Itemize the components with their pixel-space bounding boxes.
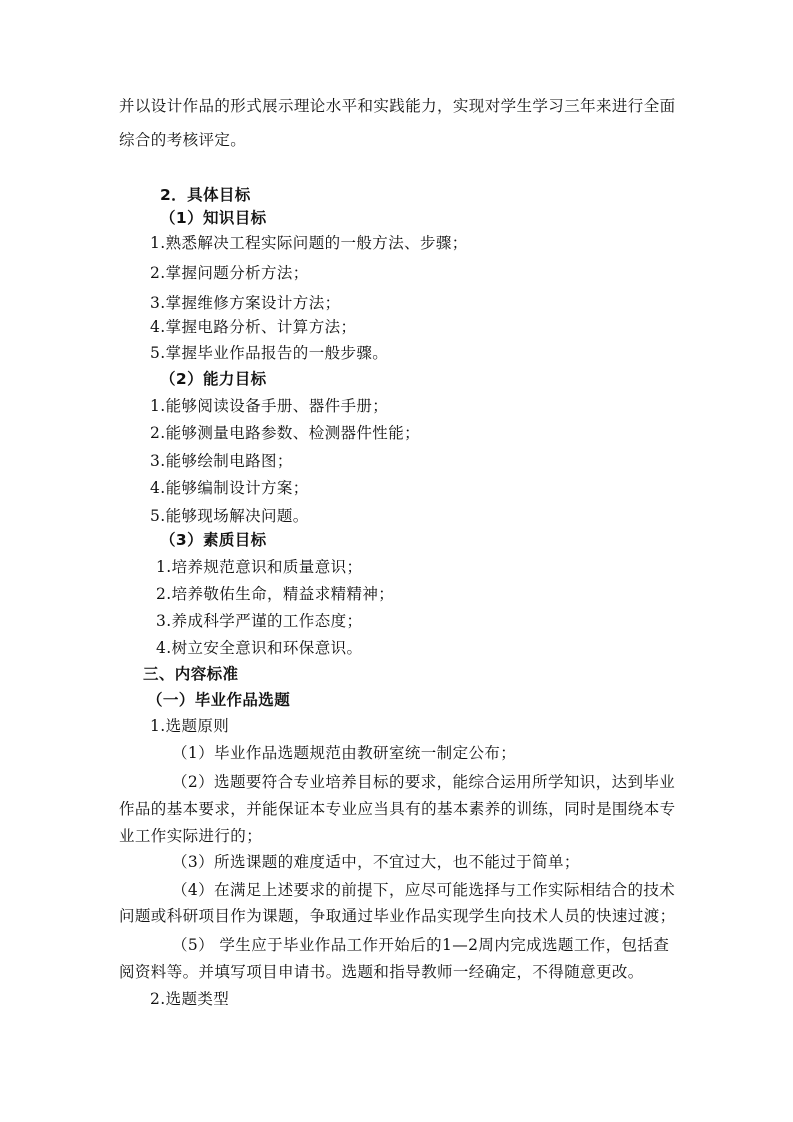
heading-content-standard: 三、内容标准 bbox=[143, 664, 238, 684]
heading-topic-principles: 1.选题原则 bbox=[150, 716, 229, 736]
ability-item: 4.能够编制设计方案； bbox=[150, 478, 309, 498]
knowledge-item: 4.掌握电路分析、计算方法； bbox=[150, 317, 356, 337]
principle-2-line-1: （2）选题要符合专业培养目标的要求，能综合运用所学知识，达到毕业 bbox=[172, 772, 675, 792]
quality-item: 2.培养敬佑生命，精益求精精神； bbox=[156, 584, 394, 604]
ability-item: 1.能够阅读设备手册、器件手册； bbox=[150, 396, 388, 416]
intro-line-1: 并以设计作品的形式展示理论水平和实践能力，实现对学生学习三年来进行全面 bbox=[119, 96, 676, 116]
heading-topic-types: 2.选题类型 bbox=[150, 989, 229, 1009]
heading-quality-goals: （3）素质目标 bbox=[160, 530, 267, 550]
heading-knowledge-goals: （1）知识目标 bbox=[160, 208, 267, 228]
ability-item: 5.能够现场解决问题。 bbox=[150, 506, 309, 526]
heading-specific-goals: 2．具体目标 bbox=[160, 185, 251, 205]
knowledge-item: 3.掌握维修方案设计方法； bbox=[150, 293, 341, 313]
principle-3: （3）所选课题的难度适中，不宜过大，也不能过于简单； bbox=[172, 852, 580, 872]
principle-5-line-2: 阅资料等。并填写项目申请书。选题和指导教师一经确定，不得随意更改。 bbox=[119, 962, 644, 982]
heading-ability-goals: （2）能力目标 bbox=[160, 369, 267, 389]
knowledge-item: 2.掌握问题分析方法； bbox=[150, 263, 309, 283]
ability-item: 3.能够绘制电路图； bbox=[150, 451, 293, 471]
quality-item: 3.养成科学严谨的工作态度； bbox=[156, 611, 362, 631]
quality-item: 1.培养规范意识和质量意识； bbox=[156, 557, 362, 577]
principle-1: （1）毕业作品选题规范由教研室统一制定公布； bbox=[172, 743, 516, 763]
principle-5-line-1: （5） 学生应于毕业作品工作开始后的1—2周内完成选题工作，包括查 bbox=[172, 935, 669, 955]
principle-2-line-3: 业工作实际进行的； bbox=[119, 826, 262, 846]
principle-2-line-2: 作品的基本要求，并能保证本专业应当具有的基本素养的训练，同时是围绕本专 bbox=[119, 799, 676, 819]
document-page: 并以设计作品的形式展示理论水平和实践能力，实现对学生学习三年来进行全面 综合的考… bbox=[0, 0, 793, 1122]
knowledge-item: 1.熟悉解决工程实际问题的一般方法、步骤； bbox=[150, 233, 468, 253]
heading-graduation-topic: （一）毕业作品选题 bbox=[147, 690, 290, 710]
ability-item: 2.能够测量电路参数、检测器件性能； bbox=[150, 423, 420, 443]
principle-4-line-1: （4）在满足上述要求的前提下，应尽可能选择与工作实际相结合的技术 bbox=[172, 880, 675, 900]
intro-line-2: 综合的考核评定。 bbox=[119, 130, 246, 150]
quality-item: 4.树立安全意识和环保意识。 bbox=[156, 638, 362, 658]
principle-4-line-2: 问题或科研项目作为课题，争取通过毕业作品实现学生向技术人员的快速过渡； bbox=[119, 906, 676, 926]
knowledge-item: 5.掌握毕业作品报告的一般步骤。 bbox=[150, 343, 388, 363]
